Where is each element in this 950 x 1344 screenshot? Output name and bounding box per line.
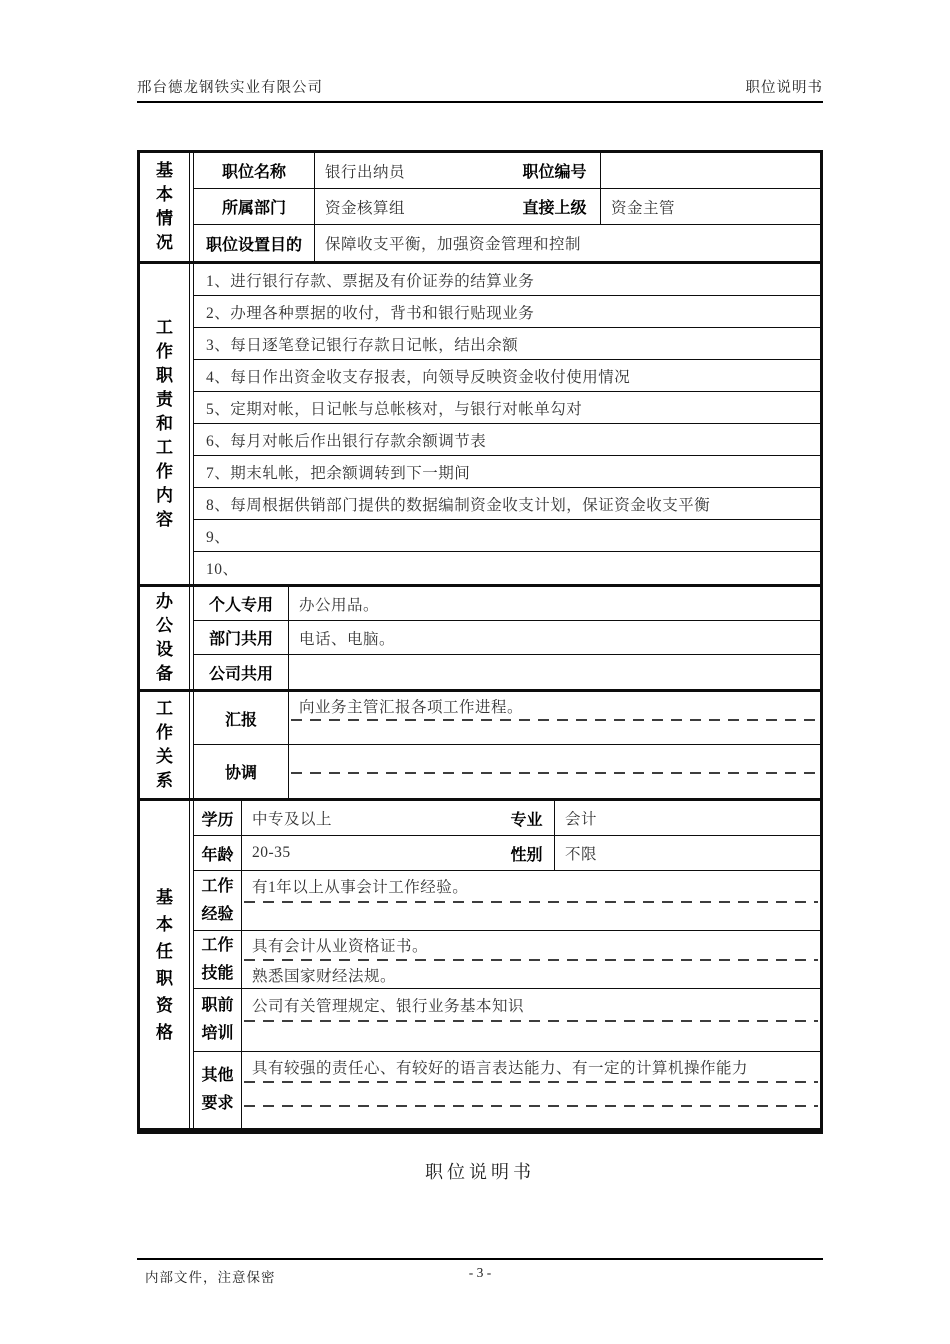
table-row: 职位设置目的 保障收支平衡，加强资金管理和控制 xyxy=(194,225,820,261)
table-row: 年龄 20-35 性别 不限 xyxy=(194,836,820,871)
field-value: 有1年以上从事会计工作经验。 xyxy=(242,871,820,901)
table-row: 职位名称 银行出纳员 职位编号 xyxy=(194,153,820,189)
field-label: 年龄 xyxy=(194,836,242,870)
table-row: 工作技能 具有会计从业资格证书。 熟悉国家财经法规。 xyxy=(194,931,820,989)
field-value: 保障收支平衡，加强资金管理和控制 xyxy=(315,225,820,261)
field-label: 公司共用 xyxy=(194,655,289,689)
section-basic-info-label: 基本情况 xyxy=(140,153,190,261)
field-value: 会计 xyxy=(555,801,820,835)
field-value: 资金主管 xyxy=(601,189,820,224)
field-label: 协调 xyxy=(194,745,289,798)
field-label: 职前培训 xyxy=(194,989,242,1051)
field-value xyxy=(601,153,820,188)
field-label: 学历 xyxy=(194,801,242,835)
field-label: 部门共用 xyxy=(194,621,289,654)
field-label: 汇报 xyxy=(194,692,289,744)
duty-item: 1、进行银行存款、票据及有价证券的结算业务 xyxy=(194,264,820,296)
table-row: 所属部门 资金核算组 直接上级 资金主管 xyxy=(194,189,820,225)
table-row: 汇报 向业务主管汇报各项工作进程。 xyxy=(194,692,820,745)
table-row: 部门共用 电话、电脑。 xyxy=(194,621,820,655)
duty-item: 2、办理各种票据的收付，背书和银行贴现业务 xyxy=(194,296,820,328)
section-relations: 工作关系 汇报 向业务主管汇报各项工作进程。 协调 xyxy=(140,692,820,801)
duty-item: 10、 xyxy=(194,552,820,584)
table-row: 个人专用 办公用品。 xyxy=(194,587,820,621)
field-value: 不限 xyxy=(555,836,820,870)
table-row: 职前培训 公司有关管理规定、银行业务基本知识 xyxy=(194,989,820,1052)
field-value: 具有较强的责任心、有较好的语言表达能力、有一定的计算机操作能力 xyxy=(242,1052,820,1081)
field-value: 中专及以上 xyxy=(242,801,499,835)
field-label: 工作经验 xyxy=(194,871,242,930)
field-label: 性别 xyxy=(499,836,555,870)
field-value: 办公用品。 xyxy=(289,587,820,620)
field-label: 个人专用 xyxy=(194,587,289,620)
field-value xyxy=(289,745,820,772)
page-footer: 内部文件，注意保密 - 3 - xyxy=(137,1258,823,1281)
section-relations-label: 工作关系 xyxy=(140,692,190,798)
field-value: 资金核算组 xyxy=(315,189,509,224)
mid-page-title: 职位说明书 xyxy=(137,1158,823,1184)
field-value: 向业务主管汇报各项工作进程。 xyxy=(289,692,820,719)
footer-confidential-note: 内部文件，注意保密 xyxy=(145,1266,276,1286)
section-qualifications-label: 基本任职资格 xyxy=(140,801,190,1128)
field-value xyxy=(289,655,820,689)
field-label: 职位设置目的 xyxy=(194,225,315,261)
table-row: 工作经验 有1年以上从事会计工作经验。 xyxy=(194,871,820,931)
table-row: 公司共用 xyxy=(194,655,820,689)
page-header: 邢台德龙钢铁实业有限公司 职位说明书 xyxy=(137,76,823,103)
table-row: 其他要求 具有较强的责任心、有较好的语言表达能力、有一定的计算机操作能力 xyxy=(194,1052,820,1128)
duty-item: 9、 xyxy=(194,520,820,552)
duty-item: 7、期末轧帐，把余额调转到下一期间 xyxy=(194,456,820,488)
job-description-table: 基本情况 职位名称 银行出纳员 职位编号 所属部门 资金核算组 直接上级 资金主… xyxy=(137,150,823,1134)
field-value: 20-35 xyxy=(242,836,499,870)
field-label: 专业 xyxy=(499,801,555,835)
field-value: 具有会计从业资格证书。 xyxy=(242,931,820,959)
field-label: 职位编号 xyxy=(509,153,601,188)
field-label: 所属部门 xyxy=(194,189,315,224)
section-duties: 工作职责和工作内容 1、进行银行存款、票据及有价证券的结算业务 2、办理各种票据… xyxy=(140,264,820,587)
field-value: 银行出纳员 xyxy=(315,153,509,188)
duty-item: 8、每周根据供销部门提供的数据编制资金收支计划，保证资金收支平衡 xyxy=(194,488,820,520)
field-label: 职位名称 xyxy=(194,153,315,188)
section-equipment-label: 办公设备 xyxy=(140,587,190,689)
table-row: 学历 中专及以上 专业 会计 xyxy=(194,801,820,836)
field-value: 电话、电脑。 xyxy=(289,621,820,654)
field-value: 熟悉国家财经法规。 xyxy=(242,961,820,988)
header-doc-type: 职位说明书 xyxy=(746,76,824,97)
field-label: 直接上级 xyxy=(509,189,601,224)
field-label: 工作技能 xyxy=(194,931,242,988)
duty-item: 4、每日作出资金收支存报表，向领导反映资金收付使用情况 xyxy=(194,360,820,392)
section-equipment: 办公设备 个人专用 办公用品。 部门共用 电话、电脑。 公司共用 xyxy=(140,587,820,692)
duty-item: 6、每月对帐后作出银行存款余额调节表 xyxy=(194,424,820,456)
section-qualifications: 基本任职资格 学历 中专及以上 专业 会计 年龄 20-35 性别 不限 工 xyxy=(140,801,820,1128)
table-row: 协调 xyxy=(194,745,820,798)
duty-item: 5、定期对帐，日记帐与总帐核对，与银行对帐单勾对 xyxy=(194,392,820,424)
section-basic-info: 基本情况 职位名称 银行出纳员 职位编号 所属部门 资金核算组 直接上级 资金主… xyxy=(140,153,820,264)
field-label: 其他要求 xyxy=(194,1052,242,1128)
document-page: 邢台德龙钢铁实业有限公司 职位说明书 基本情况 职位名称 银行出纳员 职位编号 … xyxy=(0,0,950,1344)
header-company: 邢台德龙钢铁实业有限公司 xyxy=(137,76,323,97)
section-duties-label: 工作职责和工作内容 xyxy=(140,264,190,584)
duty-item: 3、每日逐笔登记银行存款日记帐，结出余额 xyxy=(194,328,820,360)
field-value: 公司有关管理规定、银行业务基本知识 xyxy=(242,989,820,1020)
